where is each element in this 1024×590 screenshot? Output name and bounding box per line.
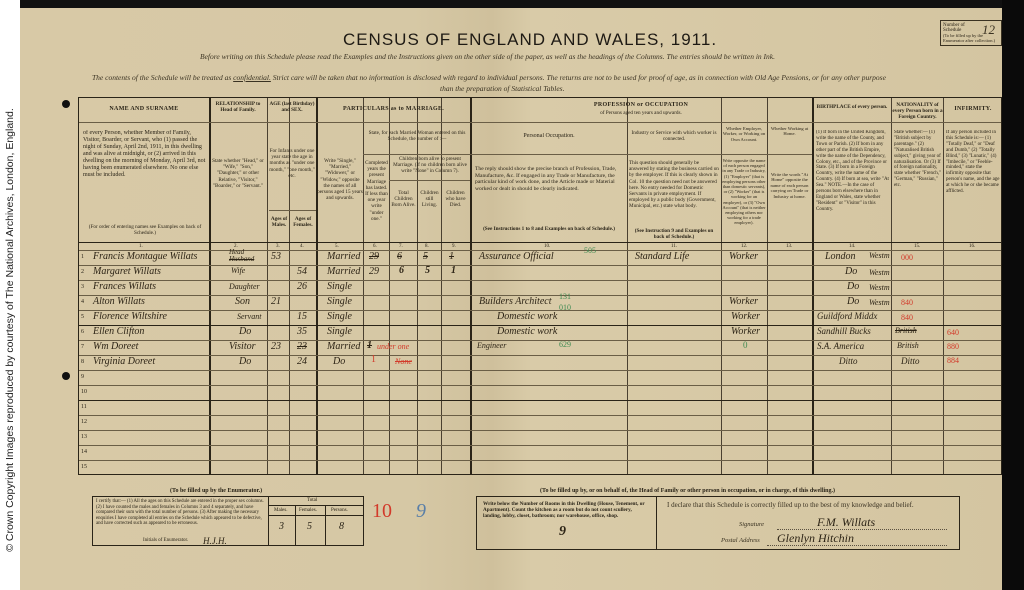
employment-status: Worker (731, 326, 760, 337)
header-industry-note: (See Instruction 9 and Examples on back … (629, 228, 719, 240)
column-number: 11. (671, 244, 677, 249)
header-age-males: Ages of Males. (269, 216, 289, 228)
column-number: 13. (786, 244, 792, 249)
header-home: Whether Working at Home. (768, 126, 811, 137)
header-personal-note: (See Instructions 1 to 8 and Examples on… (475, 226, 623, 232)
header-marriage-condition: Write "Single," "Married," "Widower," or… (317, 158, 363, 201)
confidential-line-end: than the preparation of Statistical Tabl… (440, 84, 564, 93)
row-number: 4 (81, 299, 89, 305)
punch-hole (62, 100, 70, 108)
column-number: 1. (139, 244, 143, 249)
age-male: 23 (271, 341, 281, 352)
copyright-credit: © Crown Copyright Images reproduced by c… (0, 0, 20, 590)
children-living: 5 (423, 251, 428, 262)
occupation: Builders Architect (479, 296, 552, 307)
total-males: 3 (279, 521, 284, 532)
occupation: Engineer (477, 341, 506, 350)
rooms-text: Write below the Number of Rooms in this … (483, 501, 645, 519)
relationship: Wife (231, 266, 245, 275)
header-marriage-years: Completed years the present Marriage has… (364, 160, 389, 222)
occupation: Domestic work (497, 311, 557, 322)
column-number: 15. (914, 244, 920, 249)
birthplace-code: 000 (901, 253, 913, 262)
occupation: Domestic work (497, 326, 557, 337)
schedule-number-box: Number of Schedule 12 (To be filled up b… (940, 20, 1002, 46)
header-relationship-text: State whether "Head," or "Wife," "Son," … (211, 158, 265, 189)
person-name: Francis Montague Willats (93, 251, 197, 262)
totals-grid: Total Males. Females. Persons. 3 5 8 (268, 497, 363, 545)
copyright-text: © Crown Copyright Images reproduced by c… (4, 108, 16, 552)
marital-condition: Single (327, 326, 352, 337)
relationship: Do (239, 326, 251, 337)
enumerator-initials-label: Initials of Enumerator. (143, 538, 188, 543)
relationship: Do (239, 356, 251, 367)
row-number: 6 (81, 329, 89, 335)
birthplace: Do (847, 296, 859, 307)
confidential-line: The contents of the Schedule will be tre… (92, 73, 886, 82)
person-name: Frances Willats (93, 281, 156, 292)
header-employer-text: Write opposite the name of each person e… (722, 158, 766, 226)
years-note: under one (377, 342, 409, 351)
marital-condition: Single (327, 311, 352, 322)
header-name: NAME AND SURNAME (79, 106, 209, 112)
census-table: NAME AND SURNAME of every Person, whethe… (78, 97, 1002, 475)
nationality: British (895, 326, 917, 335)
header-home-text: Write the words "At Home" opposite the n… (768, 172, 811, 199)
age-male: 53 (271, 251, 281, 262)
rooms-count: 9 (559, 529, 566, 535)
column-number: 7. (399, 244, 403, 249)
row-number: 1 (81, 254, 89, 260)
birthplace-code: 840 (901, 313, 913, 322)
scan-edge-top (20, 0, 1024, 8)
row-number: 8 (81, 359, 89, 365)
age-female: 26 (297, 281, 307, 292)
rooms-instructions: Write below the Number of Rooms in this … (477, 497, 657, 549)
instruction-line: Before writing on this Schedule please r… (200, 52, 775, 61)
birthplace-parish: Westm (869, 283, 890, 292)
industry: Standard Life (635, 251, 689, 262)
schedule-number-note: (To be filled up by the Enumerator after… (943, 33, 1001, 43)
total-females: 5 (307, 521, 312, 532)
nationality-code: 880 (947, 342, 959, 351)
occupation-code: 010 (559, 303, 571, 312)
header-infirmity: INFIRMITY. (944, 106, 1002, 112)
header-children-total: Total Children Born Alive. (390, 190, 417, 209)
header-personal-occupation: Personal Occupation. (471, 133, 627, 139)
row-number: 7 (81, 344, 89, 350)
person-name: Florence Wiltshire (93, 311, 167, 322)
header-birthplace: BIRTHPLACE of every person. (813, 104, 891, 110)
marital-condition: Single (327, 281, 352, 292)
header-industry-text: This question should generally be answer… (629, 160, 719, 210)
totals-heading: Total (307, 498, 317, 503)
enumerator-certification: I certify that:— (1) All the ages on thi… (96, 499, 266, 527)
row-number: 13 (81, 434, 89, 440)
row-number: 9 (81, 374, 89, 380)
birthplace: Do (845, 266, 857, 277)
birthplace-code: 840 (901, 298, 913, 307)
person-name: Margaret Willats (93, 266, 161, 277)
column-number: 8. (425, 244, 429, 249)
males-label: Males. (274, 508, 287, 513)
birthplace: Guildford Middx (817, 311, 877, 321)
children-total: 6 (397, 251, 402, 262)
years-married: 29 (369, 266, 379, 277)
schedule-number-label: Number of Schedule (943, 23, 973, 33)
head-of-family-box: Write below the Number of Rooms in this … (476, 496, 960, 550)
nationality: British (897, 341, 919, 350)
occupation-code: 505 (584, 246, 596, 255)
form-title: CENSUS OF ENGLAND AND WALES, 1911. (300, 30, 760, 50)
scan-edge-right (1002, 0, 1024, 590)
header-infirmity-text: If any person included in this Schedule … (946, 130, 1001, 195)
age-female: 24 (297, 356, 307, 367)
relationship: Daughter (229, 282, 260, 291)
children-total: 6 (399, 265, 404, 276)
column-number: 4. (300, 244, 304, 249)
person-name: Ellen Clifton (93, 326, 144, 337)
occupation: Assurance Official (479, 251, 554, 262)
person-name: Virginia Doreet (93, 356, 155, 367)
birthplace-parish: Westm (869, 251, 890, 260)
declaration: I declare that this Schedule is correctl… (667, 501, 914, 509)
person-name: Wm Doreet (93, 341, 138, 352)
header-name-text: of every Person, whether Member of Famil… (83, 130, 207, 179)
years-married: 1 (367, 340, 372, 351)
header-children-living: Children still Living. (418, 190, 441, 209)
birthplace-parish: Westm (869, 268, 890, 277)
header-occupation: PROFESSION or OCCUPATION (471, 102, 811, 108)
years-married: 1 (371, 354, 376, 365)
relationship: Son (235, 296, 250, 307)
relationship: Servant (237, 312, 261, 321)
employment-status: Worker (729, 296, 758, 307)
header-age: AGE (last Birthday) and SEX. (269, 101, 315, 113)
header-age-text: For Infants under one year state the age… (269, 148, 315, 179)
column-number: 5. (335, 244, 339, 249)
years-married: 29 (369, 251, 379, 262)
birthplace: Sandhill Bucks (817, 326, 871, 336)
occupation-code: 131 (559, 292, 571, 301)
header-nationality-text: State whether:— (1) "British subject by … (894, 130, 942, 189)
row-number: 12 (81, 419, 89, 425)
marital-condition: Single (327, 296, 352, 307)
age-male: 21 (271, 296, 281, 307)
row-number: 14 (81, 449, 89, 455)
row-number: 15 (81, 464, 89, 470)
enumerator-initials: H.J.H. (203, 536, 227, 546)
header-personal-text: The reply should show the precise branch… (475, 166, 623, 192)
marital-condition: Married (327, 341, 360, 352)
employment-status: 0 (743, 340, 748, 350)
birthplace: London (825, 251, 856, 262)
header-name-note: (For order of entering names see Example… (83, 224, 207, 236)
head-of-family-caption: (To be filled up by, or on behalf of, th… (540, 488, 835, 494)
column-number: 10. (544, 244, 550, 249)
marital-condition: Do (333, 356, 345, 367)
enumerator-blue-mark: 9 (416, 500, 426, 523)
signature: F.M. Willats (817, 515, 875, 530)
header-nationality: NATIONALITY of every Person born in a Fo… (892, 102, 943, 121)
header-occupation-sub: of Persons aged ten years and upwards. (471, 110, 811, 116)
birthplace: Ditto (839, 356, 858, 366)
header-age-females: Ages of Females. (290, 216, 316, 228)
header-children: Children born alive to present Marriage.… (390, 156, 470, 175)
column-number: 9. (452, 244, 456, 249)
enumerator-box: I certify that:— (1) All the ages on thi… (92, 496, 364, 546)
enumerator-caption: (To be filled up by the Enumerator.) (170, 488, 262, 494)
nationality-code: 640 (947, 328, 959, 337)
row-number: 10 (81, 389, 89, 395)
header-marriage: PARTICULARS as to MARRIAGE. (317, 106, 470, 112)
age-female: 15 (297, 311, 307, 322)
children-died: 1 (451, 265, 456, 276)
birthplace: Do (847, 281, 859, 292)
employment-status: Worker (729, 251, 758, 262)
header-birthplace-text: (1) If born in the United Kingdom, write… (816, 130, 889, 213)
person-name: Alton Willats (93, 296, 145, 307)
header-marriage-women: State, for each Married Woman entered on… (365, 130, 469, 142)
persons-label: Persons. (331, 508, 348, 513)
employment-status: Worker (731, 311, 760, 322)
confidential-text-b: Strict care will be taken that no inform… (273, 73, 886, 82)
header-relationship: RELATIONSHIP to Head of Family. (211, 101, 265, 113)
confidential-text-a: The contents of the Schedule will be tre… (92, 73, 231, 82)
postal-address: Glenlyn Hitchin (777, 531, 854, 546)
postal-address-label: Postal Address (721, 537, 760, 544)
birthplace: S.A. America (817, 341, 864, 351)
age-female-struck: 23 (297, 341, 307, 352)
header-employer: Whether Employer, Worker, or Working on … (722, 126, 766, 142)
column-number: 16. (969, 244, 975, 249)
row-number: 11 (81, 404, 89, 410)
confidential-word: confidential. (233, 73, 271, 82)
column-number: 6. (373, 244, 377, 249)
relationship-struck: Husband (229, 255, 254, 263)
column-number: 3. (276, 244, 280, 249)
column-number: 12. (741, 244, 747, 249)
relationship: Visitor (229, 341, 255, 352)
header-industry: Industry or Service with which worker is… (629, 130, 719, 142)
children-died: 1 (449, 251, 454, 262)
header-children-died: Children who have Died. (442, 190, 469, 209)
row-number: 5 (81, 314, 89, 320)
nationality: Ditto (901, 356, 920, 366)
row-number: 2 (81, 269, 89, 275)
punch-hole (62, 372, 70, 380)
nationality-code: 884 (947, 356, 959, 365)
signature-label: Signature (739, 521, 764, 528)
age-female: 54 (297, 266, 307, 277)
females-label: Females. (299, 508, 317, 513)
children-none: None (395, 357, 412, 366)
birthplace-parish: Westm (869, 298, 890, 307)
marital-condition: Married (327, 266, 360, 277)
age-female: 35 (297, 326, 307, 337)
marital-condition: Married (327, 251, 360, 262)
occupation-code: 629 (559, 340, 571, 349)
column-number: 14. (849, 244, 855, 249)
children-living: 5 (425, 265, 430, 276)
row-number: 3 (81, 284, 89, 290)
total-persons: 8 (339, 521, 344, 532)
enumerator-red-mark: 10 (372, 500, 392, 523)
